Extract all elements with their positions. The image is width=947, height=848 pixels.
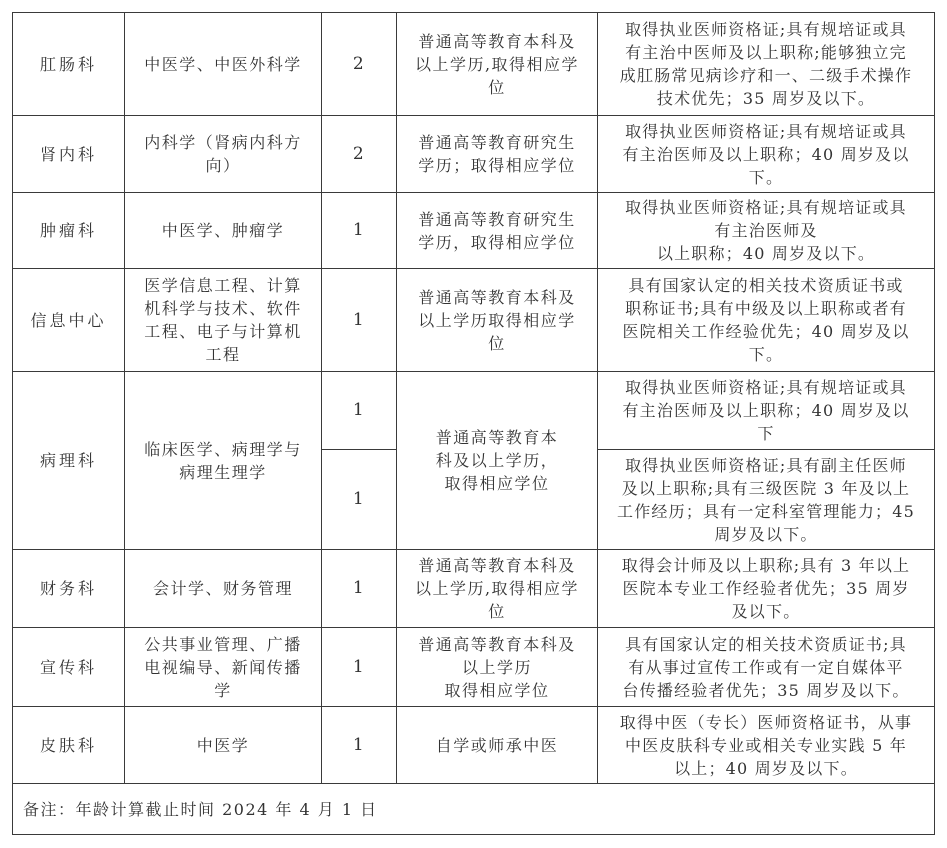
- note-cell: 备注：年龄计算截止时间 2024 年 4 月 1 日: [13, 784, 935, 835]
- major-cell: 临床医学、病理学与 病理生理学: [125, 372, 322, 550]
- table-row-nephrology: 肾内科 内科学（肾病内科方 向） 2 普通高等教育研究生 学历；取得相应学位 取…: [13, 116, 935, 193]
- department-cell: 财务科: [13, 550, 125, 628]
- major-cell: 医学信息工程、计算 机科学与技术、软件 工程、电子与计算机 工程: [125, 269, 322, 372]
- count-cell: 2: [322, 116, 397, 193]
- requirements-cell: 取得中医（专长）医师资格证书，从事 中医皮肤科专业或相关专业实践 5 年 以上；…: [598, 707, 935, 784]
- count-cell: 2: [322, 13, 397, 116]
- count-cell: 1: [322, 628, 397, 707]
- recruitment-table-container: 肛肠科 中医学、中医外科学 2 普通高等教育本科及 以上学历,取得相应学 位 取…: [12, 12, 935, 835]
- table-row-publicity: 宣传科 公共事业管理、广播 电视编导、新闻传播 学 1 普通高等教育本科及 以上…: [13, 628, 935, 707]
- major-cell: 中医学: [125, 707, 322, 784]
- major-cell: 内科学（肾病内科方 向）: [125, 116, 322, 193]
- recruitment-table: 肛肠科 中医学、中医外科学 2 普通高等教育本科及 以上学历,取得相应学 位 取…: [12, 12, 935, 835]
- count-cell: 1: [322, 707, 397, 784]
- major-cell: 会计学、财务管理: [125, 550, 322, 628]
- table-row-note: 备注：年龄计算截止时间 2024 年 4 月 1 日: [13, 784, 935, 835]
- department-cell: 宣传科: [13, 628, 125, 707]
- count-cell: 1: [322, 193, 397, 269]
- count-cell: 1: [322, 269, 397, 372]
- requirements-cell: 取得执业医师资格证;具有规培证或具 有主治医师及 以上职称；40 周岁及以下。: [598, 193, 935, 269]
- department-cell: 皮肤科: [13, 707, 125, 784]
- table-row-anorectal: 肛肠科 中医学、中医外科学 2 普通高等教育本科及 以上学历,取得相应学 位 取…: [13, 13, 935, 116]
- major-cell: 中医学、中医外科学: [125, 13, 322, 116]
- education-cell: 普通高等教育本科及 以上学历 取得相应学位: [397, 628, 598, 707]
- department-cell: 病理科: [13, 372, 125, 550]
- count-cell: 1: [322, 372, 397, 450]
- education-cell: 普通高等教育本 科及以上学历， 取得相应学位: [397, 372, 598, 550]
- table-row-finance: 财务科 会计学、财务管理 1 普通高等教育本科及 以上学历,取得相应学 位 取得…: [13, 550, 935, 628]
- education-cell: 普通高等教育本科及 以上学历,取得相应学 位: [397, 550, 598, 628]
- education-cell: 自学或师承中医: [397, 707, 598, 784]
- requirements-cell: 具有国家认定的相关技术资质证书或 职称证书;具有中级及以上职称或者有 医院相关工…: [598, 269, 935, 372]
- requirements-cell: 取得执业医师资格证;具有副主任医师 及以上职称;具有三级医院 3 年及以上 工作…: [598, 450, 935, 550]
- major-cell: 中医学、肿瘤学: [125, 193, 322, 269]
- department-cell: 肿瘤科: [13, 193, 125, 269]
- department-cell: 肛肠科: [13, 13, 125, 116]
- count-cell: 1: [322, 550, 397, 628]
- education-cell: 普通高等教育研究生 学历，取得相应学位: [397, 193, 598, 269]
- education-cell: 普通高等教育本科及 以上学历,取得相应学 位: [397, 13, 598, 116]
- education-cell: 普通高等教育研究生 学历；取得相应学位: [397, 116, 598, 193]
- requirements-cell: 取得执业医师资格证;具有规培证或具 有主治医师及以上职称；40 周岁及以 下。: [598, 116, 935, 193]
- department-cell: 信息中心: [13, 269, 125, 372]
- department-cell: 肾内科: [13, 116, 125, 193]
- table-row-information-center: 信息中心 医学信息工程、计算 机科学与技术、软件 工程、电子与计算机 工程 1 …: [13, 269, 935, 372]
- education-cell: 普通高等教育本科及 以上学历取得相应学 位: [397, 269, 598, 372]
- requirements-cell: 取得执业医师资格证;具有规培证或具 有主治医师及以上职称；40 周岁及以 下: [598, 372, 935, 450]
- major-cell: 公共事业管理、广播 电视编导、新闻传播 学: [125, 628, 322, 707]
- count-cell: 1: [322, 450, 397, 550]
- requirements-cell: 取得会计师及以上职称;具有 3 年以上 医院本专业工作经验者优先；35 周岁 及…: [598, 550, 935, 628]
- table-row-pathology-a: 病理科 临床医学、病理学与 病理生理学 1 普通高等教育本 科及以上学历， 取得…: [13, 372, 935, 450]
- requirements-cell: 具有国家认定的相关技术资质证书;具 有从事过宣传工作或有一定自媒体平 台传播经验…: [598, 628, 935, 707]
- table-row-oncology: 肿瘤科 中医学、肿瘤学 1 普通高等教育研究生 学历，取得相应学位 取得执业医师…: [13, 193, 935, 269]
- requirements-cell: 取得执业医师资格证;具有规培证或具 有主治中医师及以上职称;能够独立完 成肛肠常…: [598, 13, 935, 116]
- table-row-dermatology: 皮肤科 中医学 1 自学或师承中医 取得中医（专长）医师资格证书，从事 中医皮肤…: [13, 707, 935, 784]
